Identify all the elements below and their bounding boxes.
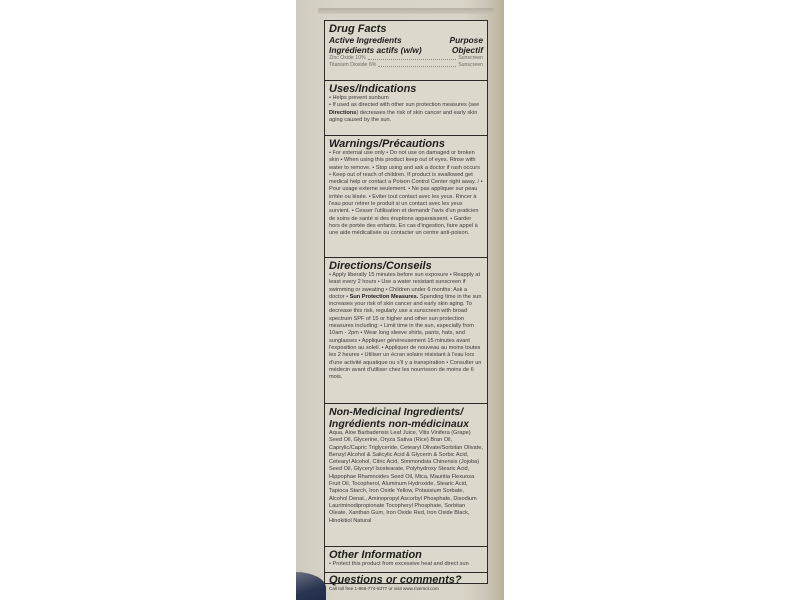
uses-text: • Helps prevent sunburn • If used as dir…: [329, 95, 483, 124]
ingredient-name: Zinc Oxide 10%: [329, 55, 366, 62]
leader-dots: [368, 55, 457, 60]
uses-item: • Helps prevent sunburn: [329, 95, 483, 102]
box-top-edge: [318, 8, 494, 14]
ingredient-row: Titanium Dioxide 6% Sunscreen: [329, 62, 483, 69]
purpose-label: Purpose: [449, 35, 483, 45]
warnings-title: Warnings/Précautions: [329, 138, 483, 150]
non-medicinal-title-fr: Ingrédients non-médicinaux: [329, 418, 483, 430]
questions-section: Questions or comments? Call toll free 1-…: [325, 573, 487, 593]
uses-item: • If used as directed with other sun pro…: [329, 102, 483, 124]
other-information-section: Other Information • Protect this product…: [325, 547, 487, 573]
directions-title: Directions/Conseils: [329, 260, 483, 272]
other-information-title: Other Information: [329, 549, 483, 561]
uses-section: Uses/Indications • Helps prevent sunburn…: [325, 81, 487, 136]
non-medicinal-title-en: Non-Medicinal Ingredients/: [329, 406, 483, 418]
sun-protection-measures-term: Sun Protection Measures.: [350, 294, 419, 300]
directions-reference: Directions: [329, 110, 356, 116]
directions-text-part: Spending time in the sun increases your …: [329, 294, 481, 380]
directions-text: • Apply liberally 15 minutes before sun …: [329, 272, 483, 381]
ingredient-row: Zinc Oxide 10% Sunscreen: [329, 55, 483, 62]
leader-dots: [378, 62, 456, 67]
warnings-text: • For external use only • Do not use on …: [329, 150, 483, 238]
uses-title: Uses/Indications: [329, 83, 483, 95]
ingredient-purpose: Sunscreen: [458, 55, 483, 62]
warnings-section: Warnings/Précautions • For external use …: [325, 136, 487, 258]
other-information-text: • Protect this product from excessive he…: [329, 561, 483, 568]
active-ingredients-label-fr: Ingrédients actifs (w/w): [329, 45, 422, 55]
directions-section: Directions/Conseils • Apply liberally 15…: [325, 258, 487, 404]
ingredient-purpose: Sunscreen: [458, 62, 483, 69]
non-medicinal-section: Non-Medicinal Ingredients/ Ingrédients n…: [325, 404, 487, 547]
drug-facts-section: Drug Facts Active Ingredients Purpose In…: [325, 21, 487, 81]
active-ingredients-label: Active Ingredients: [329, 35, 402, 45]
non-medicinal-text: Aqua, Aloe Barbadensis Leaf Juice, Vitis…: [329, 430, 483, 525]
uses-item-text: • If used as directed with other sun pro…: [329, 102, 479, 108]
questions-text: Call toll free 1-866-774-8377 or visit w…: [329, 586, 483, 592]
purpose-label-fr: Objectif: [452, 45, 483, 55]
drug-facts-label: Drug Facts Active Ingredients Purpose In…: [324, 20, 488, 584]
questions-title: Questions or comments?: [329, 574, 483, 586]
drug-facts-title: Drug Facts: [329, 23, 483, 35]
active-ingredients-header: Active Ingredients Purpose: [329, 35, 483, 45]
active-ingredients-header-fr: Ingrédients actifs (w/w) Objectif: [329, 45, 483, 55]
ingredient-name: Titanium Dioxide 6%: [329, 62, 376, 69]
